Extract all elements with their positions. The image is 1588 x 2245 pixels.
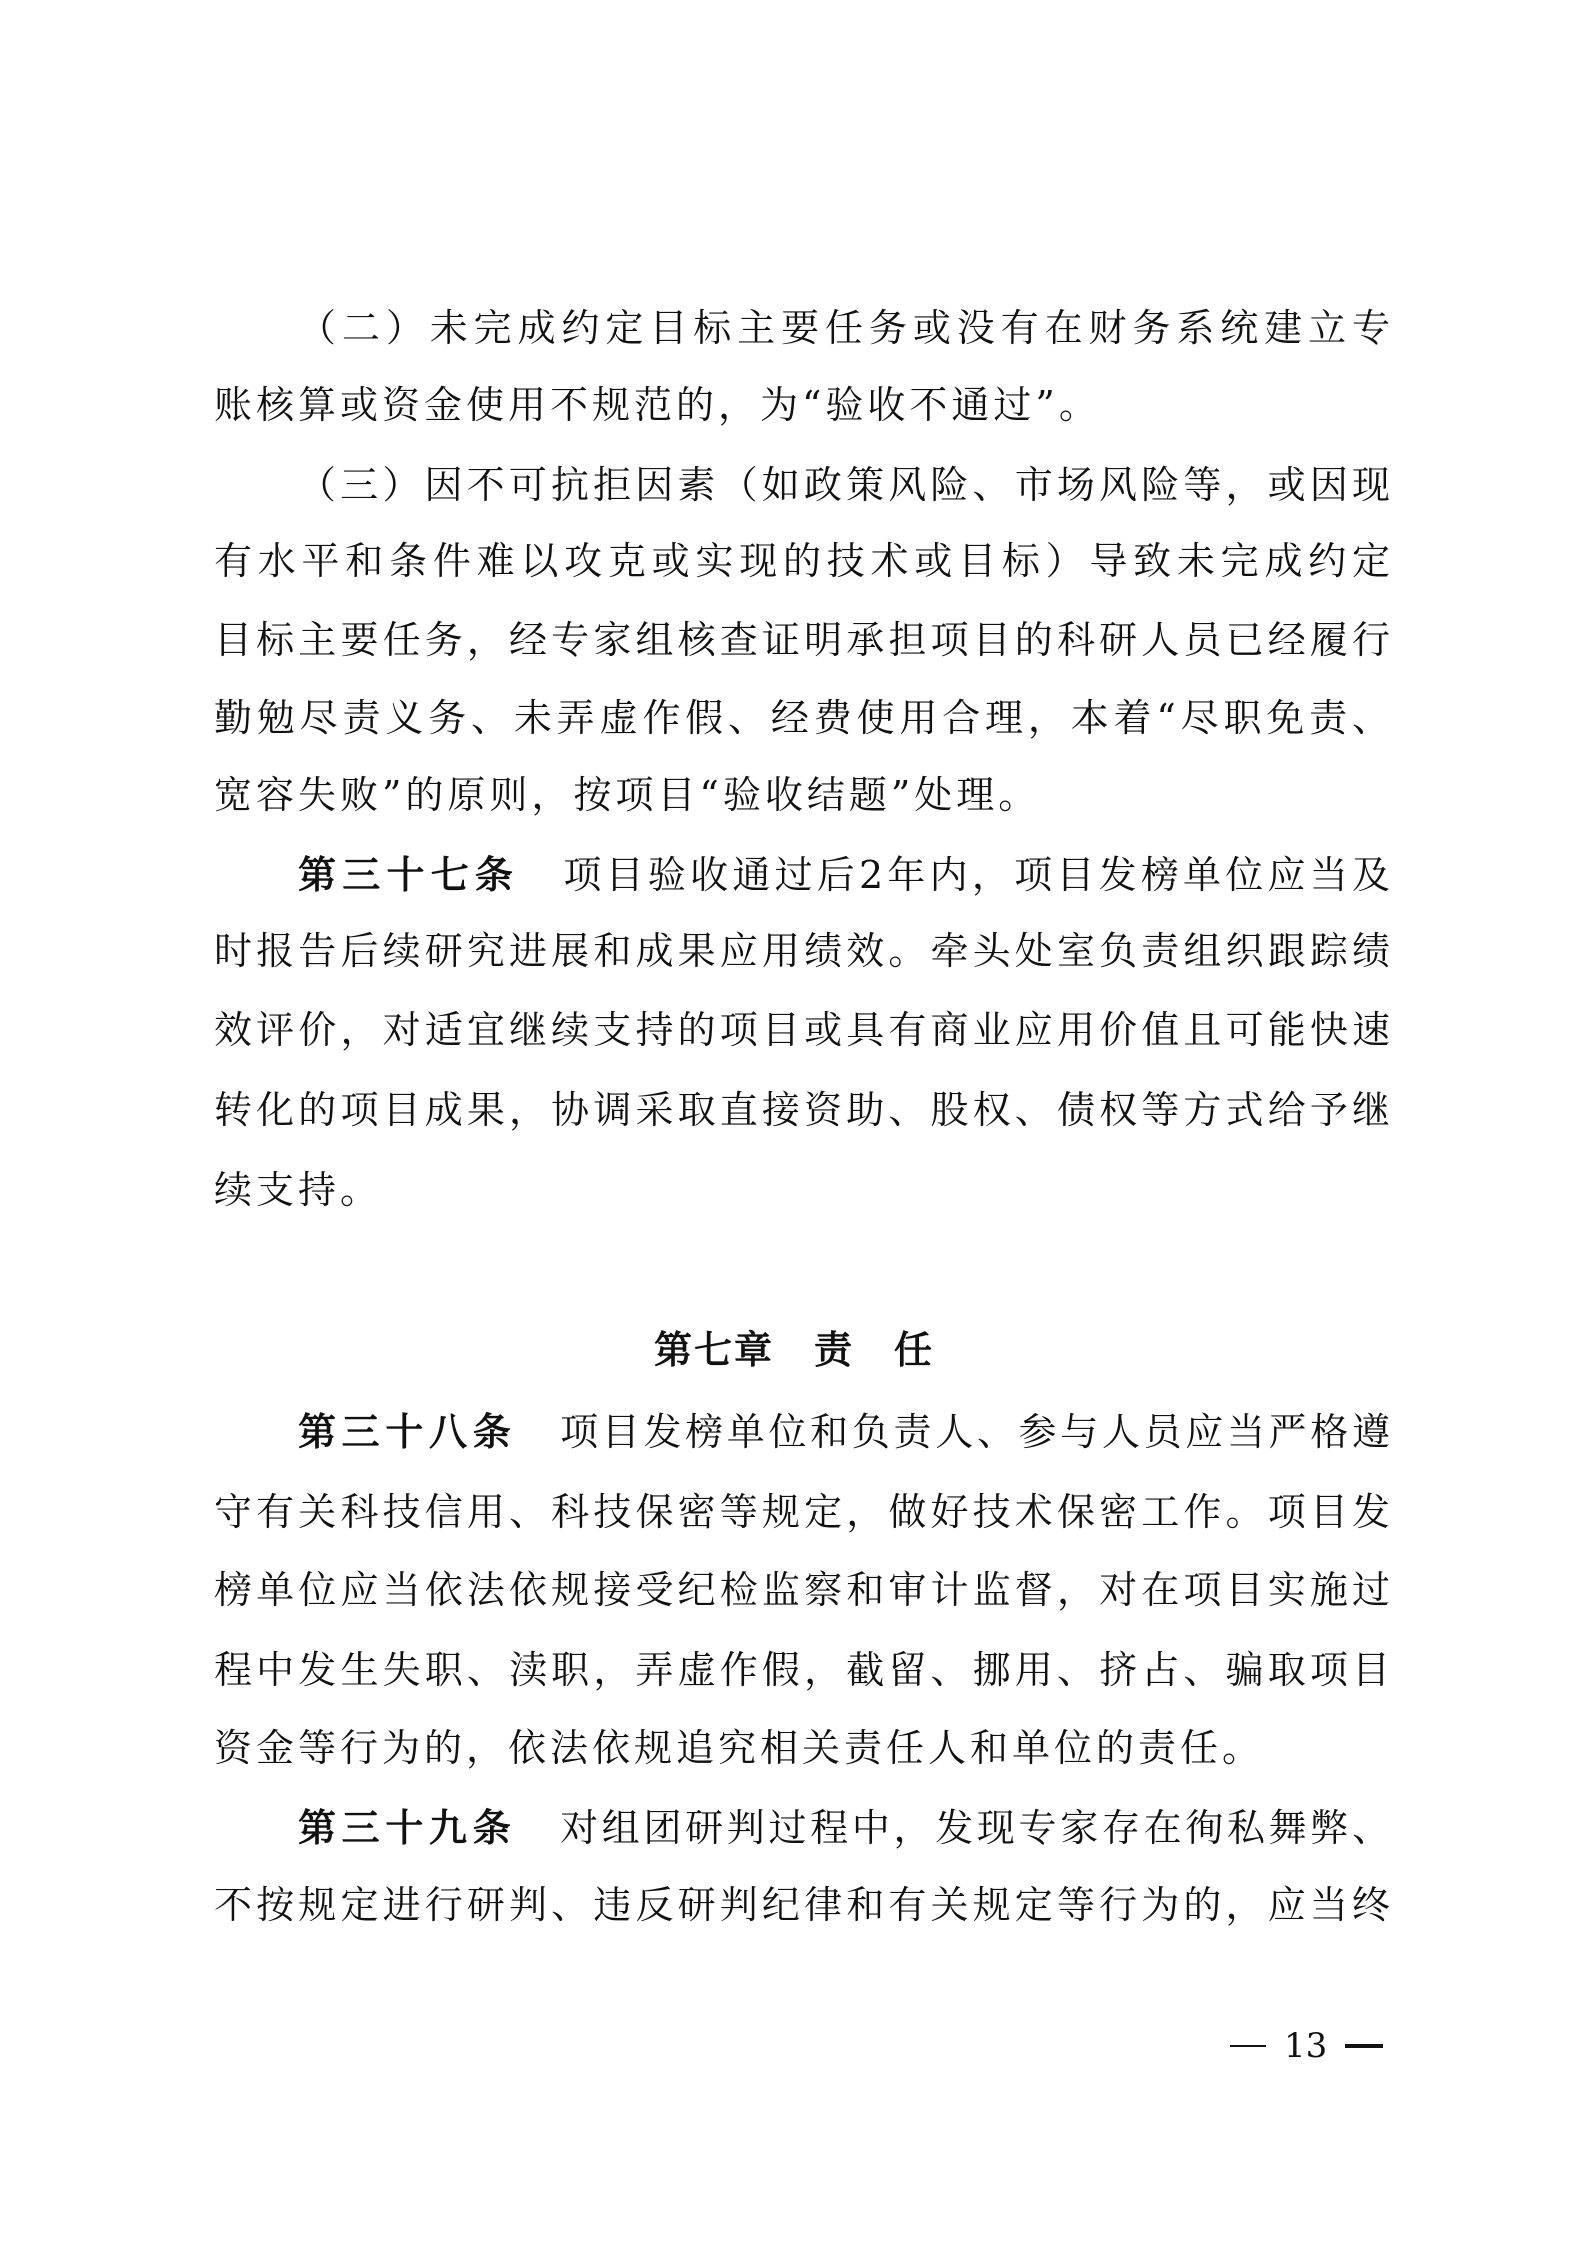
paragraph-line: （二）未完成约定目标主要任务或没有在财务系统建立专 — [298, 298, 1390, 358]
article-heading: 第三十九条 — [298, 1806, 516, 1850]
paragraph-line: 时报告后续研究进展和成果应用绩效。牵头处室负责组织跟踪绩 — [214, 921, 1390, 981]
chapter-title: 第七章 责 任 — [0, 1320, 1588, 1380]
paragraph-line: 效评价，对适宜继续支持的项目或具有商业应用价值且可能快速 — [214, 1000, 1390, 1060]
paragraph-line: 转化的项目成果，协调采取直接资助、股权、债权等方式给予继 — [214, 1080, 1390, 1140]
article-heading: 第三十七条 — [298, 853, 519, 897]
article-first-line: 第三十八条项目发榜单位和负责人、参与人员应当严格遵 — [298, 1402, 1390, 1462]
paragraph-line: 资金等行为的，依法依规追究相关责任人和单位的责任。 — [214, 1718, 1390, 1778]
paragraph-line: 目标主要任务，经专家组核查证明承担项目的科研人员已经履行 — [214, 610, 1390, 670]
paragraph-line: （三）因不可抗拒因素（如政策风险、市场风险等，或因现 — [298, 455, 1390, 515]
paragraph-line: 榜单位应当依法依规接受纪检监察和审计监督，对在项目实施过 — [214, 1560, 1390, 1620]
page-number-value: 13 — [1284, 2022, 1327, 2070]
paragraph-line: 不按规定进行研判、违反研判纪律和有关规定等行为的，应当终 — [214, 1875, 1390, 1935]
paragraph-line: 有水平和条件难以攻克或实现的技术或目标）导致未完成约定 — [214, 531, 1390, 591]
article-text: 对组团研判过程中，发现专家存在徇私舞弊、 — [556, 1806, 1390, 1850]
paragraph-line: 勤勉尽责义务、未弄虚作假、经费使用合理，本着“尽职免责、 — [214, 688, 1390, 748]
paragraph-line: 宽容失败”的原则，按项目“验收结题”处理。 — [214, 765, 1390, 825]
article-text: 项目验收通过后2年内，项目发榜单位应当及 — [559, 853, 1390, 897]
article-first-line: 第三十七条项目验收通过后2年内，项目发榜单位应当及 — [298, 845, 1390, 905]
paragraph-line: 程中发生失职、渎职，弄虚作假，截留、挪用、挤占、骗取项目 — [214, 1640, 1390, 1700]
paragraph-line: 账核算或资金使用不规范的，为“验收不通过”。 — [214, 375, 1390, 435]
paragraph-line: 续支持。 — [214, 1160, 1390, 1220]
page-number-dash-left — [1230, 2045, 1266, 2047]
article-heading: 第三十八条 — [298, 1410, 516, 1454]
article-first-line: 第三十九条对组团研判过程中，发现专家存在徇私舞弊、 — [298, 1798, 1390, 1858]
page-number: 13 — [1230, 2022, 1383, 2070]
article-text: 项目发榜单位和负责人、参与人员应当严格遵 — [556, 1410, 1390, 1454]
document-page: （二）未完成约定目标主要任务或没有在财务系统建立专 账核算或资金使用不规范的，为… — [0, 0, 1588, 2245]
page-number-dash-right — [1345, 2044, 1383, 2048]
paragraph-line: 守有关科技信用、科技保密等规定，做好技术保密工作。项目发 — [214, 1482, 1390, 1542]
